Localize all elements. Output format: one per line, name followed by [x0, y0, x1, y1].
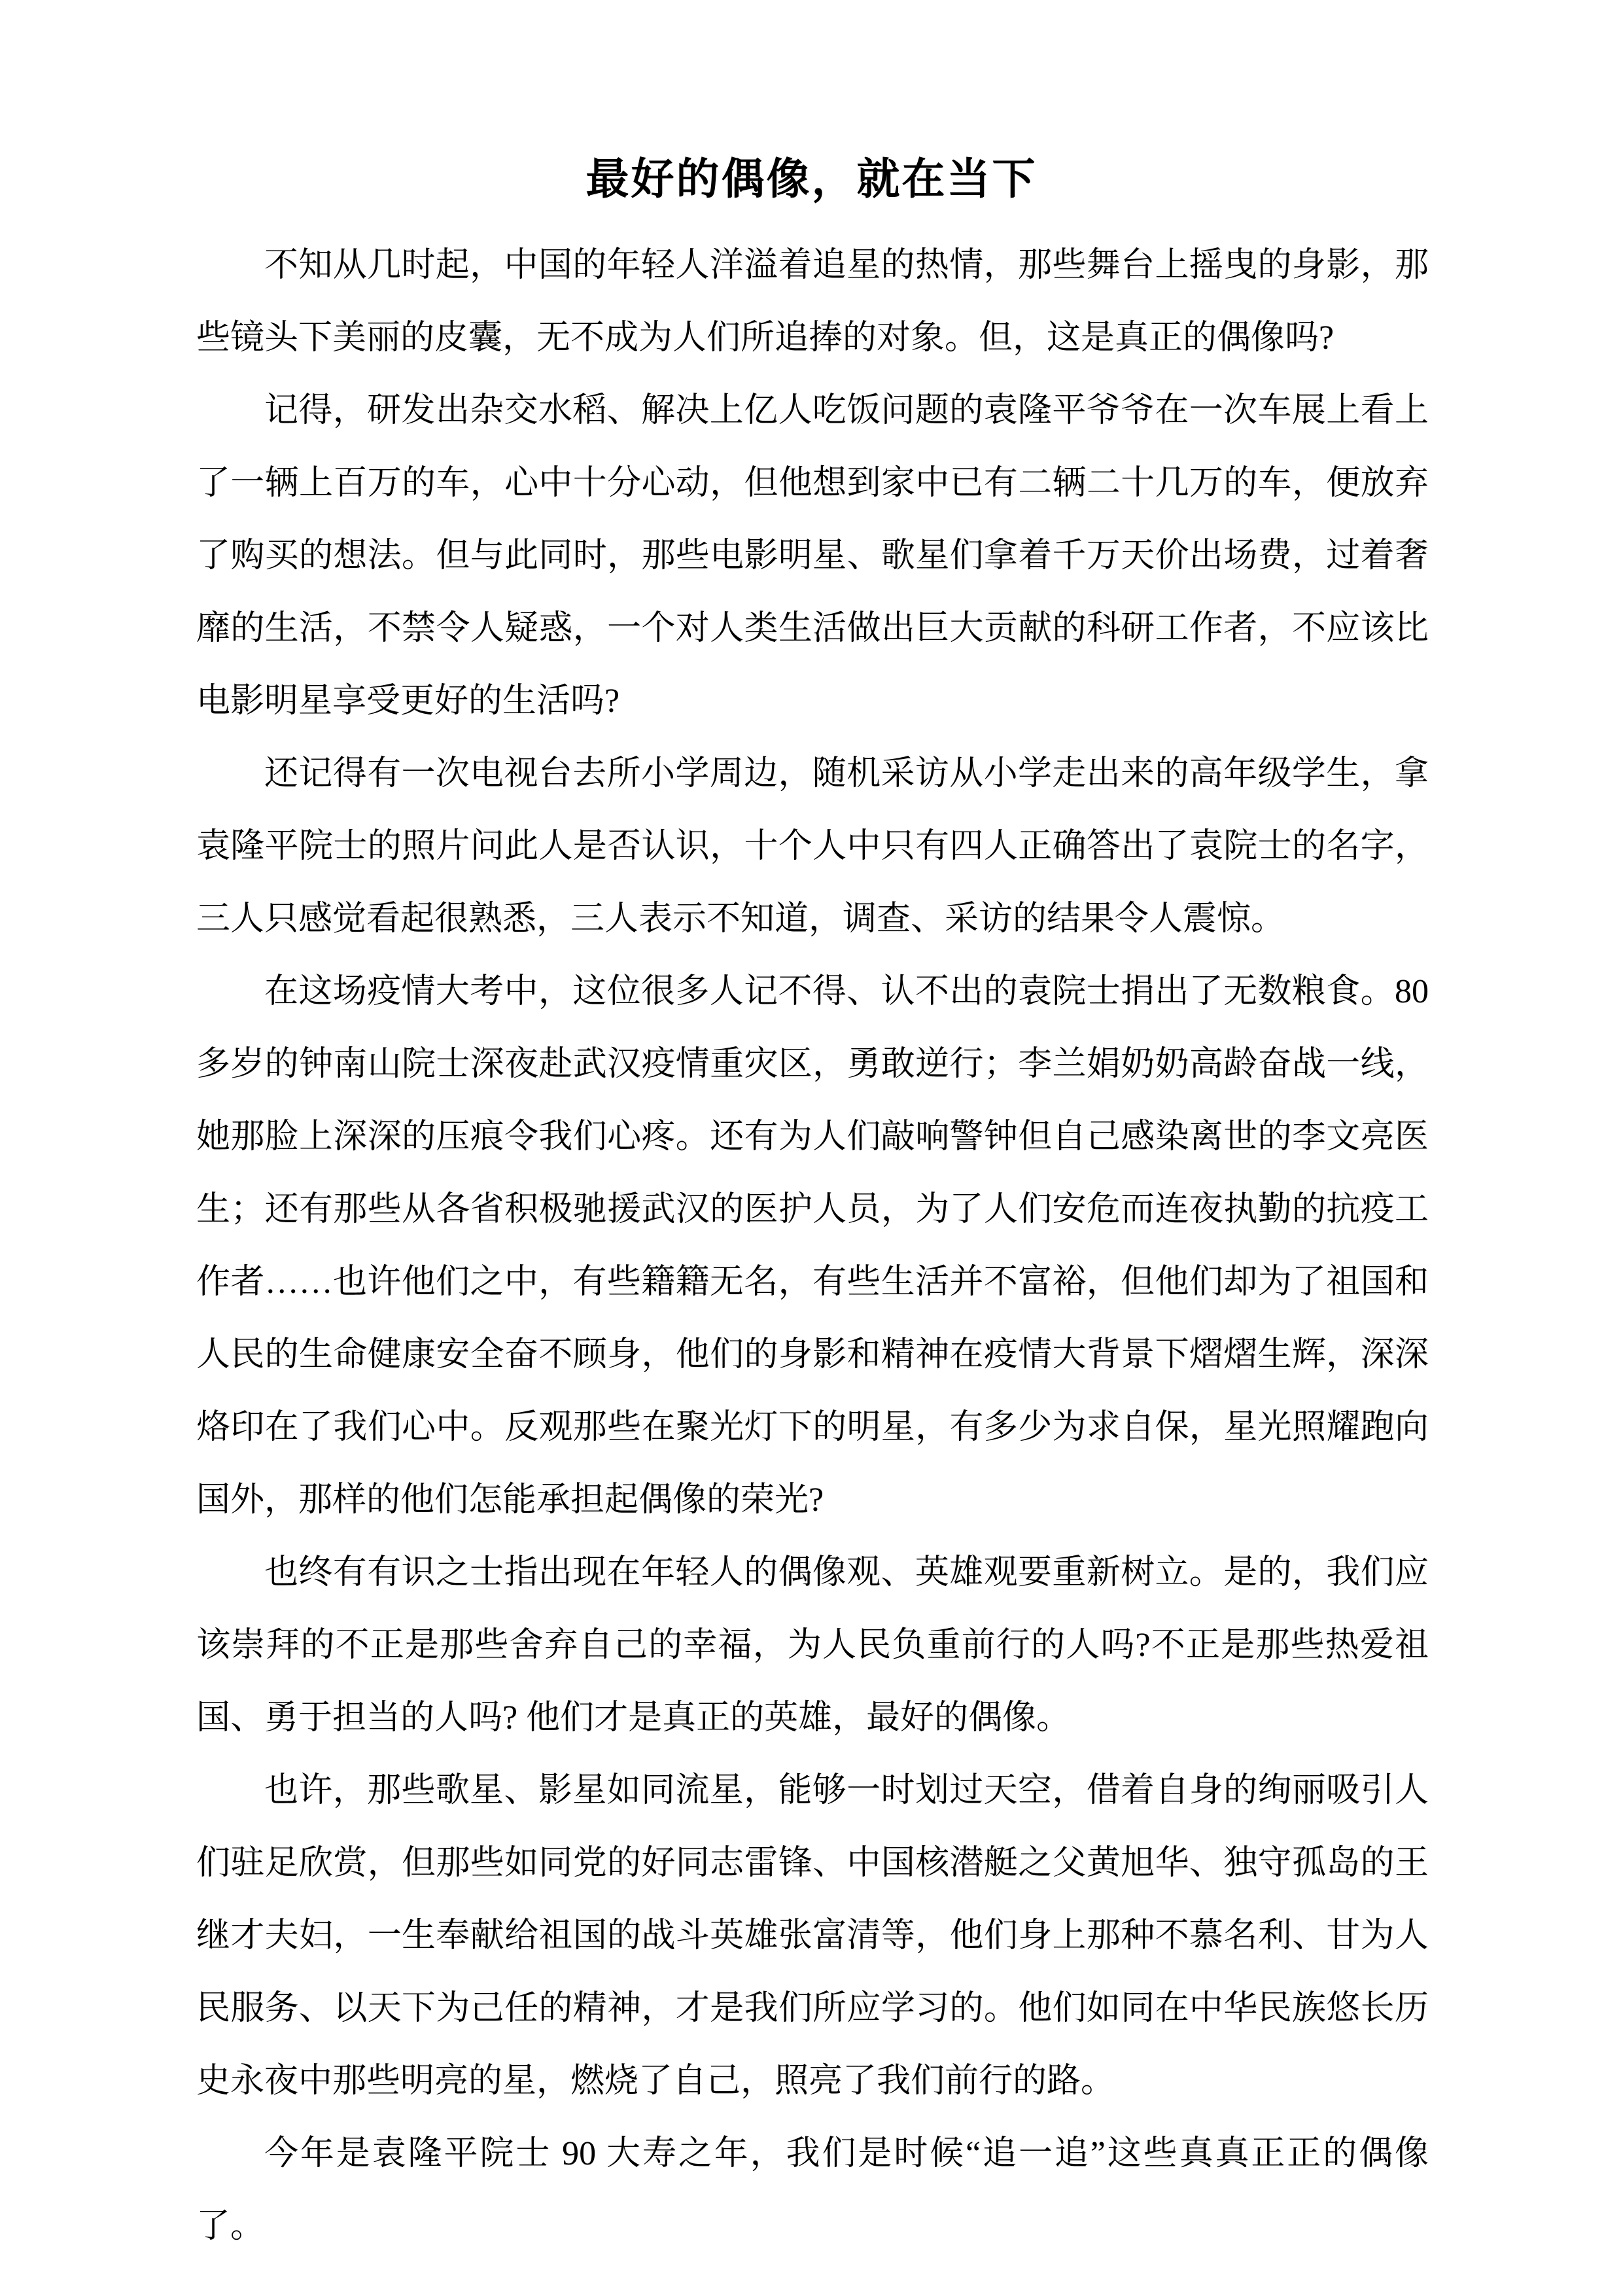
paragraph-3: 还记得有一次电视台去所小学周边，随机采访从小学走出来的高年级学生，拿袁隆平院士的…: [196, 737, 1429, 955]
paragraph-1: 不知从几时起，中国的年轻人洋溢着追星的热情，那些舞台上摇曳的身影，那些镜头下美丽…: [196, 229, 1429, 374]
paragraph-4: 在这场疫情大考中，这位很多人记不得、认不出的袁院士捐出了无数粮食。80 多岁的钟…: [196, 955, 1429, 1536]
paragraph-6: 也许，那些歌星、影星如同流星，能够一时划过天空，借着自身的绚丽吸引人们驻足欣赏，…: [196, 1754, 1429, 2117]
paragraph-2: 记得，研发出杂交水稻、解决上亿人吃饭问题的袁隆平爷爷在一次车展上看上了一辆上百万…: [196, 374, 1429, 737]
paragraph-7: 今年是袁隆平院士 90 大寿之年，我们是时候“追一追”这些真真正正的偶像了。: [196, 2117, 1429, 2263]
essay-body: 不知从几时起，中国的年轻人洋溢着追星的热情，那些舞台上摇曳的身影，那些镜头下美丽…: [0, 229, 1623, 2263]
document-page: 最好的偶像，就在当下 不知从几时起，中国的年轻人洋溢着追星的热情，那些舞台上摇曳…: [0, 0, 1623, 2296]
essay-title: 最好的偶像，就在当下: [0, 0, 1623, 205]
paragraph-5: 也终有有识之士指出现在年轻人的偶像观、英雄观要重新树立。是的，我们应该崇拜的不正…: [196, 1536, 1429, 1754]
